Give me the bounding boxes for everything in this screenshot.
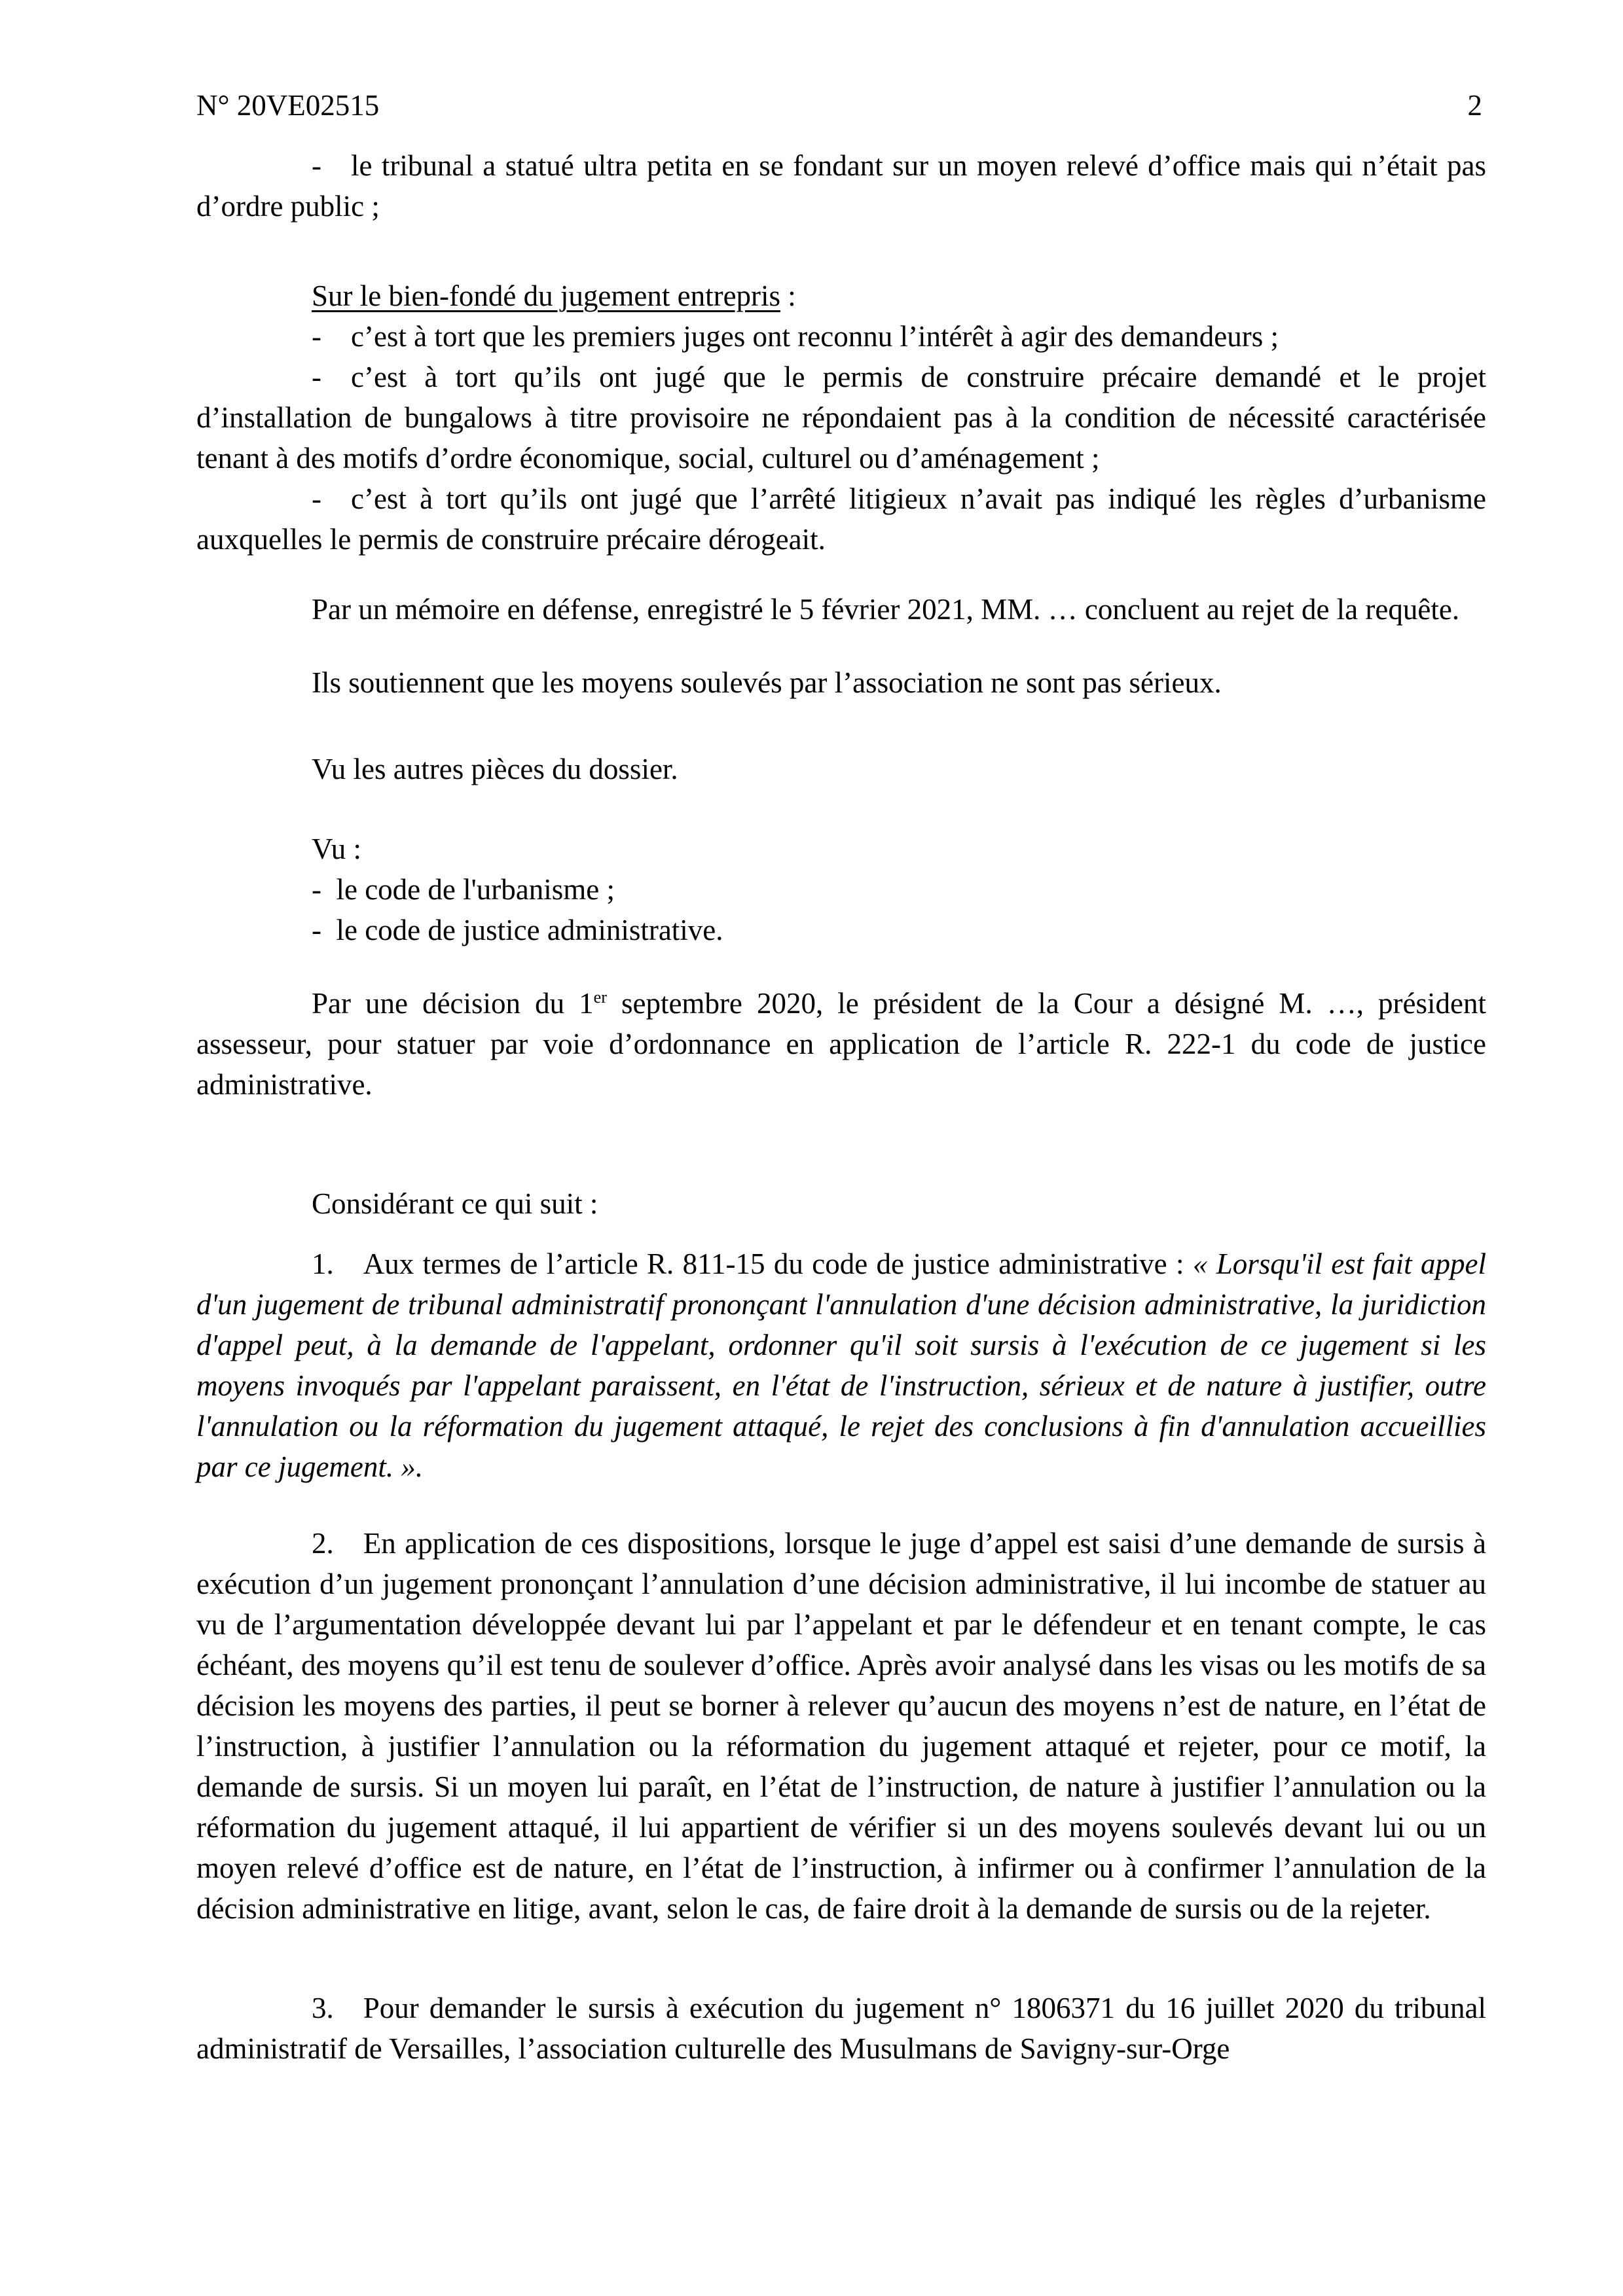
para-vu: Vu :	[196, 829, 1486, 869]
page-number: 2	[1468, 85, 1483, 126]
bullet-code-justice: - le code de justice administrative.	[196, 910, 1486, 950]
bullet-code-urbanisme: - le code de l'urbanisme ;	[196, 869, 1486, 910]
page-header: N° 20VE02515 2	[196, 85, 1486, 126]
para-vu-pieces: Vu les autres pièces du dossier.	[196, 749, 1486, 789]
para-considerant: Considérant ce qui suit :	[196, 1183, 1486, 1224]
point-1-intro: 1. Aux termes de l’article R. 811-15 du …	[312, 1247, 1193, 1280]
bullet-arrete-litigieux: - c’est à tort qu’ils ont jugé que l’arr…	[196, 478, 1486, 560]
para-decision-designation: Par une décision du 1er septembre 2020, …	[196, 983, 1486, 1105]
bullet-permis-precaire: - c’est à tort qu’ils ont jugé que le pe…	[196, 357, 1486, 478]
para-point-3: 3. Pour demander le sursis à exécution d…	[196, 1988, 1486, 2069]
document-body: N° 20VE02515 2 - le tribunal a statué ul…	[196, 85, 1486, 2069]
bullet-ultra-petita: - le tribunal a statué ultra petita en s…	[196, 145, 1486, 226]
para-memoire-defense: Par un mémoire en défense, enregistré le…	[196, 589, 1486, 630]
decision-text-pre: Par une décision du 1	[312, 987, 594, 1020]
para-point-2: 2. En application de ces dispositions, l…	[196, 1523, 1486, 1929]
section-heading-text: Sur le bien-fondé du jugement entrepris	[312, 279, 780, 312]
bullet-interet-a-agir: - c’est à tort que les premiers juges on…	[196, 316, 1486, 357]
ordinal-superscript: er	[594, 988, 607, 1007]
section-heading-colon: :	[780, 279, 796, 312]
para-point-1: 1. Aux termes de l’article R. 811-15 du …	[196, 1244, 1486, 1487]
point-1-quote: « Lorsqu'il est fait appel d'un jugement…	[196, 1247, 1486, 1483]
case-number: N° 20VE02515	[196, 85, 379, 126]
para-soutiennent: Ils soutiennent que les moyens soulevés …	[196, 662, 1486, 703]
section-heading-bien-fonde: Sur le bien-fondé du jugement entrepris …	[196, 276, 1486, 316]
document-page: N° 20VE02515 2 - le tribunal a statué ul…	[0, 0, 1623, 2296]
